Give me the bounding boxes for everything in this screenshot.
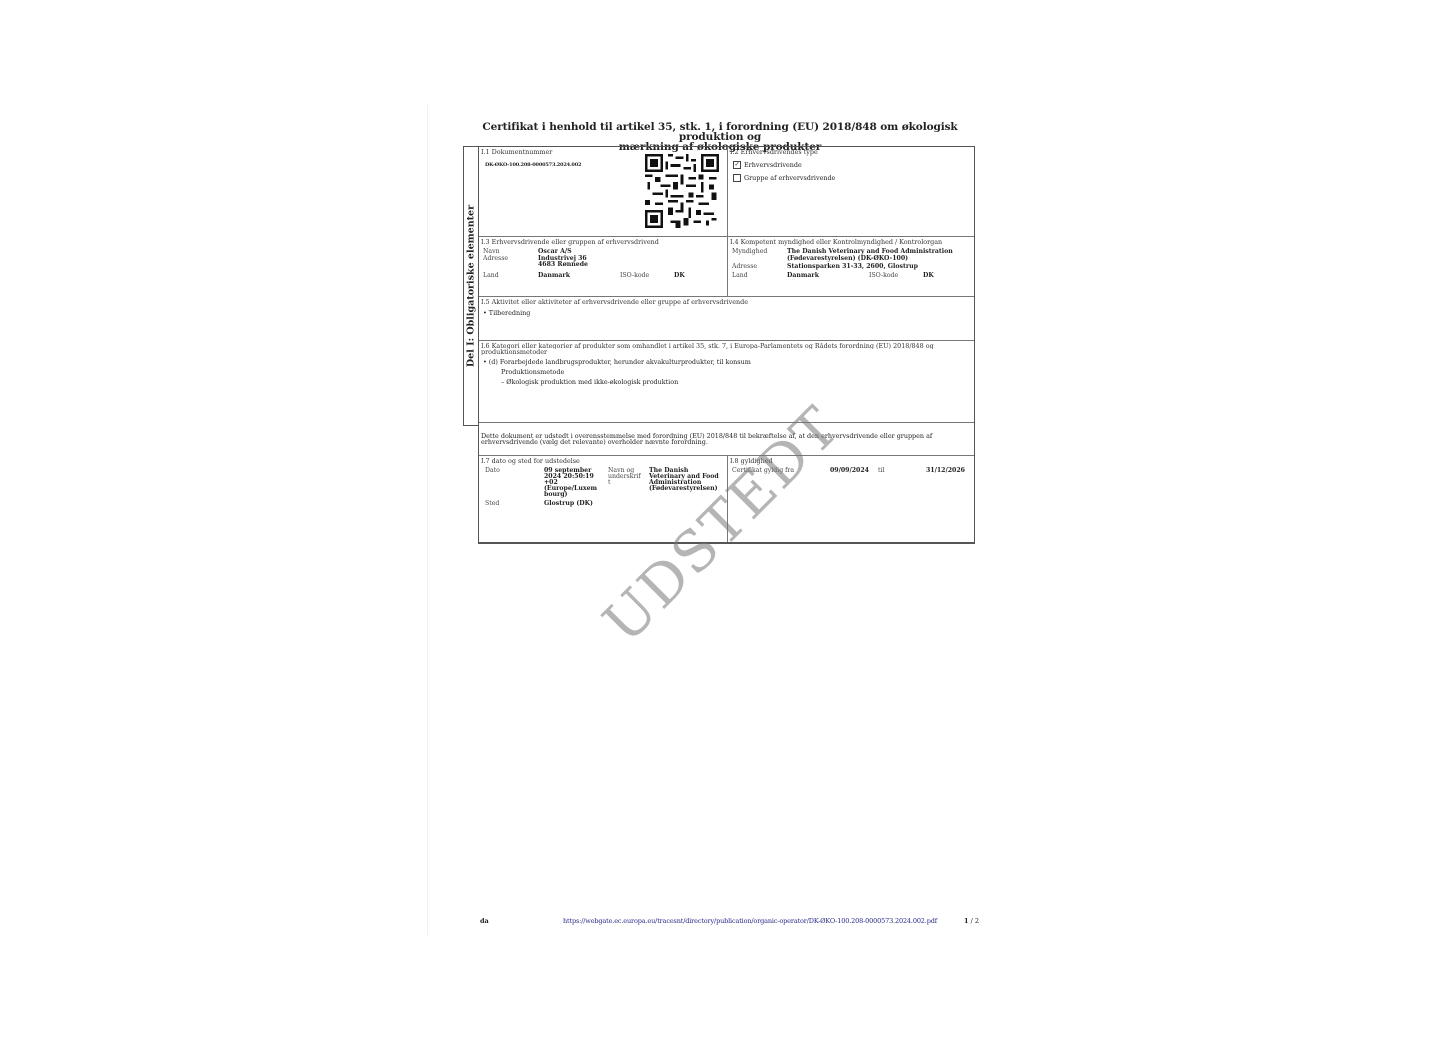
compliance-statement: Dette dokument er udstedt i overensstemm… bbox=[479, 423, 974, 455]
signer-line: (Fødevarestyrelsen) bbox=[649, 486, 719, 492]
i7-label: I.7 dato og sted for udstedelse bbox=[481, 458, 725, 465]
place-key: Sted bbox=[485, 498, 544, 508]
authority-country-key: Land bbox=[732, 271, 787, 280]
part-one-label: Del I: Obligatoriske elementer bbox=[466, 205, 477, 367]
valid-from: 09/09/2024 bbox=[830, 468, 878, 475]
i3-label: I.3 Erhvervsdrivende eller gruppen af er… bbox=[481, 239, 725, 246]
title-line-1: Certifikat i henhold til artikel 35, stk… bbox=[470, 122, 970, 142]
valid-from-key: Certifikat gyldig fra bbox=[732, 468, 830, 475]
operator-address-line-2: 4683 Rønnede bbox=[538, 262, 685, 269]
issue-date: 09 september 2024 20:50:19 +02 (Europe/L… bbox=[544, 468, 608, 498]
row-i7-i8: I.7 dato og sted for udstedelse Dato 09 … bbox=[479, 456, 974, 542]
i6-label-line-1: I.6 Kategori eller kategorier af produkt… bbox=[481, 343, 972, 349]
option-operator[interactable]: ✓ Erhvervsdrivende bbox=[733, 161, 972, 169]
production-method: – Økologisk produktion med ikke-økologis… bbox=[501, 379, 972, 386]
page-total: 2 bbox=[975, 917, 979, 925]
row-i6: I.6 Kategori eller kategorier af produkt… bbox=[479, 341, 974, 423]
country-key: Land bbox=[483, 269, 538, 280]
authority-key: Myndighed bbox=[732, 249, 787, 262]
section-i6: I.6 Kategori eller kategorier af produkt… bbox=[479, 341, 974, 422]
signer-key-line: t bbox=[608, 480, 649, 486]
authority-name-line-2: (Fødevarestyrelsen) (DK-ØKO-100) bbox=[787, 256, 953, 263]
i5-label: I.5 Aktivitet eller aktiviteter af erhve… bbox=[481, 299, 972, 306]
authority-country: Danmark bbox=[787, 271, 869, 280]
production-method-heading: Produktionsmetode bbox=[501, 369, 972, 376]
i6-label-line-2: produktionsmetoder bbox=[481, 349, 972, 355]
address-key: Adresse bbox=[483, 256, 538, 269]
activity-item: • Tilberedning bbox=[483, 310, 972, 317]
operator-iso: DK bbox=[674, 269, 685, 280]
footer-url-link[interactable]: https://webgate.ec.europa.eu/tracesnt/di… bbox=[563, 917, 937, 925]
authority-details: Myndighed The Danish Veterinary and Food… bbox=[732, 249, 953, 279]
row-i3-i4: I.3 Erhvervsdrivende eller gruppen af er… bbox=[479, 237, 974, 297]
authority-iso-key: ISO-kode bbox=[869, 271, 923, 280]
i2-label: I.2 Erhvervsdrivendes type bbox=[730, 149, 972, 156]
row-i5: I.5 Aktivitet eller aktiviteter af erhve… bbox=[479, 297, 974, 341]
section-i7: I.7 dato og sted for udstedelse Dato 09 … bbox=[479, 456, 728, 542]
option-operator-label: Erhvervsdrivende bbox=[744, 162, 802, 169]
section-i8: I.8 gyldighed Certifikat gyldig fra 09/0… bbox=[728, 456, 974, 542]
operator-address: Industrivej 36 4683 Rønnede bbox=[538, 256, 685, 269]
certificate-form: I.1 Dokumentnummer DK-ØKO-100.208-000057… bbox=[478, 146, 975, 544]
valid-to: 31/12/2026 bbox=[926, 468, 965, 475]
option-operator-group-label: Gruppe af erhvervsdrivende bbox=[744, 175, 835, 182]
valid-to-key: til bbox=[878, 468, 926, 475]
row-statement: Dette dokument er udstedt i overensstemm… bbox=[479, 423, 974, 456]
checkbox-checked-icon[interactable]: ✓ bbox=[733, 161, 741, 169]
authority-address-key: Adresse bbox=[732, 262, 787, 271]
signer-key: Navn og underskrif t bbox=[608, 468, 649, 498]
validity-details: Certifikat gyldig fra 09/09/2024 til 31/… bbox=[732, 468, 965, 475]
section-i3: I.3 Erhvervsdrivende eller gruppen af er… bbox=[479, 237, 728, 296]
date-key: Dato bbox=[485, 468, 544, 498]
page-edge bbox=[427, 105, 428, 935]
authority-iso: DK bbox=[923, 271, 953, 280]
i4-label: I.4 Kompetent myndighed eller Kontrolmyn… bbox=[730, 239, 972, 246]
operator-country: Danmark bbox=[538, 269, 620, 280]
row-i1-i2: I.1 Dokumentnummer DK-ØKO-100.208-000057… bbox=[479, 147, 974, 237]
signer-name: The Danish Veterinary and Food Administr… bbox=[649, 468, 719, 498]
issue-details: Dato 09 september 2024 20:50:19 +02 (Eur… bbox=[485, 468, 719, 508]
footer-language: da bbox=[480, 917, 489, 925]
statement-line-2: erhvervsdrivende (vælg det relevante) ov… bbox=[481, 439, 972, 445]
operator-details: Navn Oscar A/S Adresse Industrivej 36 46… bbox=[483, 249, 685, 279]
checkbox-unchecked-icon[interactable] bbox=[733, 174, 741, 182]
authority-name: The Danish Veterinary and Food Administr… bbox=[787, 249, 953, 262]
page-indicator: 1 / 2 bbox=[964, 917, 979, 925]
option-operator-group[interactable]: Gruppe af erhvervsdrivende bbox=[733, 174, 972, 182]
part-one-tab: Del I: Obligatoriske elementer bbox=[463, 146, 478, 426]
issue-place: Glostrup (DK) bbox=[544, 498, 719, 508]
iso-key: ISO-kode bbox=[620, 269, 674, 280]
qr-code-icon bbox=[645, 154, 719, 228]
section-i4: I.4 Kompetent myndighed eller Kontrolmyn… bbox=[728, 237, 974, 296]
product-category: • (d) Forarbejdede landbrugsprodukter, h… bbox=[483, 359, 972, 366]
authority-address: Stationsparken 31-33, 2600, Glostrup bbox=[787, 262, 953, 271]
section-i1: I.1 Dokumentnummer DK-ØKO-100.208-000057… bbox=[479, 147, 728, 236]
section-i2: I.2 Erhvervsdrivendes type ✓ Erhvervsdri… bbox=[728, 147, 974, 236]
section-i5: I.5 Aktivitet eller aktiviteter af erhve… bbox=[479, 297, 974, 340]
i8-label: I.8 gyldighed bbox=[730, 458, 972, 465]
